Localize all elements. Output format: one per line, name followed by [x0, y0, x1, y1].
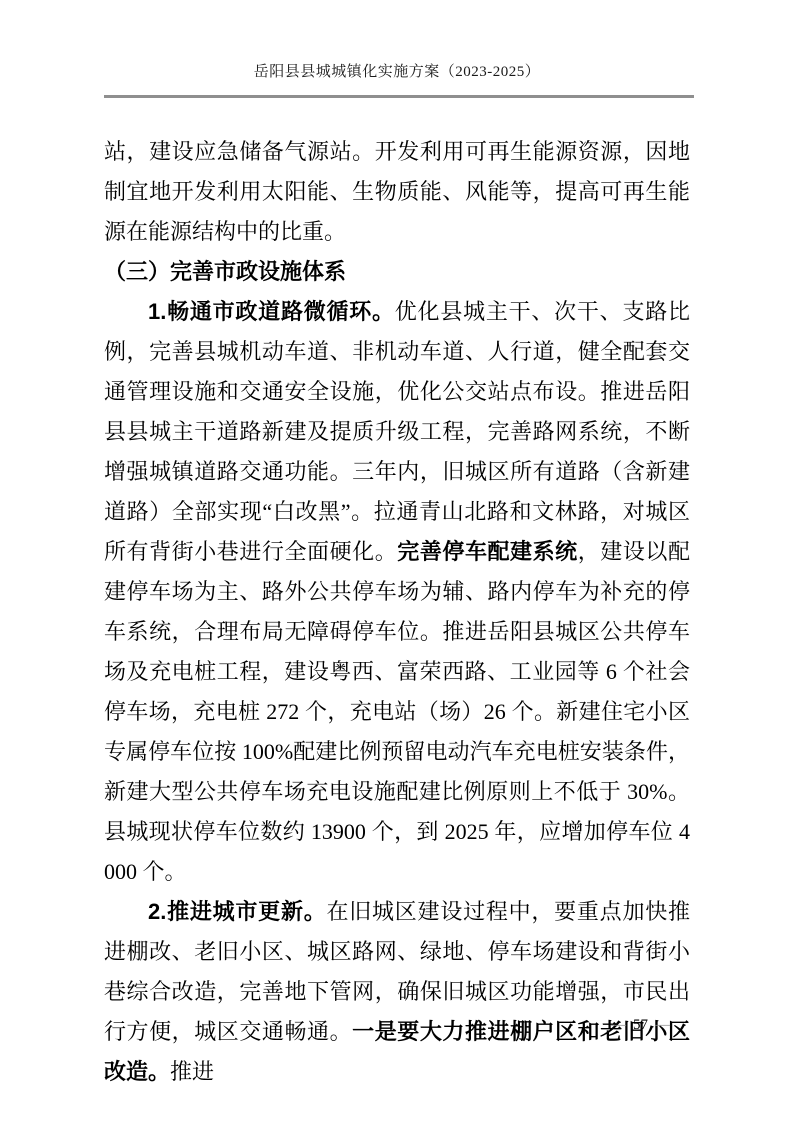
- page-number-right-dash: —: [655, 1017, 670, 1033]
- paragraph-road-microcirculation: 1.畅通市政道路微循环。优化县城主干、次干、支路比例，完善县城机动车道、非机动车…: [104, 292, 690, 892]
- bold-lead-road: 1.畅通市政道路微循环。: [148, 299, 395, 324]
- document-page: 岳阳县县城城镇化实施方案（2023-2025） 站，建设应急储备气源站。开发利用…: [0, 0, 794, 1122]
- page-number-left-dash: —: [611, 1017, 626, 1033]
- text-run: 站，建设应急储备气源站。开发利用可再生能源资源，因地制宜地开发利用太阳能、生物质…: [104, 139, 690, 244]
- paragraph-urban-renewal: 2.推进城市更新。在旧城区建设过程中，要重点加快推进棚改、老旧小区、城区路网、绿…: [104, 892, 690, 1092]
- text-run: 优化县城主干、次干、支路比例，完善县城机动车道、非机动车道、人行道，健全配套交通…: [104, 299, 690, 564]
- page-number-value: 57: [633, 1017, 648, 1033]
- paragraph-energy-sources: 站，建设应急储备气源站。开发利用可再生能源资源，因地制宜地开发利用太阳能、生物质…: [104, 132, 690, 252]
- document-body: 站，建设应急储备气源站。开发利用可再生能源资源，因地制宜地开发利用太阳能、生物质…: [104, 132, 690, 1092]
- section-heading-3: （三）完善市政设施体系: [104, 252, 690, 292]
- heading-text: （三）完善市政设施体系: [104, 259, 346, 284]
- text-run: ，建设以配建停车场为主、路外公共停车场为辅、路内停车为补充的停车系统，合理布局无…: [104, 539, 690, 884]
- page-number: —57—: [611, 1014, 670, 1036]
- text-run: 推进: [170, 1059, 214, 1084]
- header-title: 岳阳县县城城镇化实施方案（2023-2025）: [0, 62, 794, 82]
- bold-parking-system: 完善停车配建系统: [397, 539, 577, 564]
- bold-lead-renewal: 2.推进城市更新。: [148, 899, 326, 924]
- header-rule: [104, 95, 694, 98]
